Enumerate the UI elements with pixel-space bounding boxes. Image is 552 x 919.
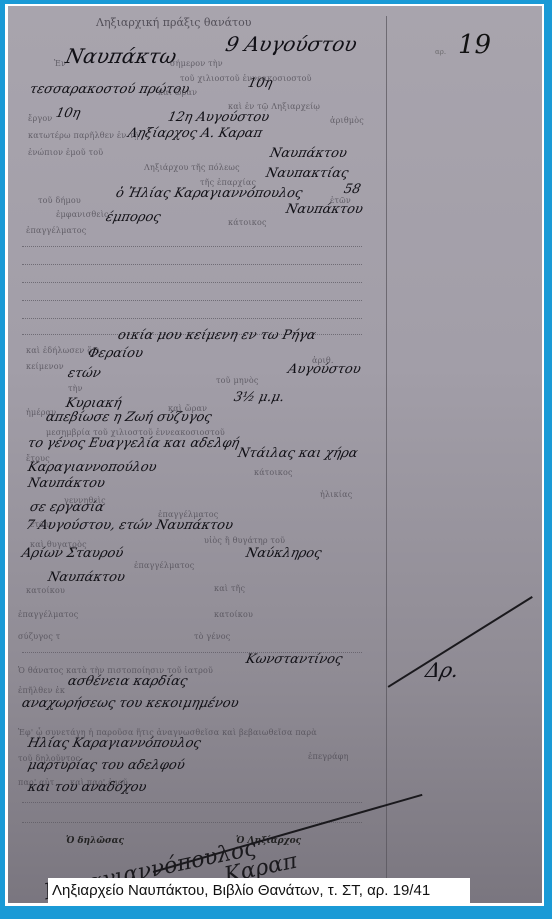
handwritten-parents-residence: Ναυπάκτου [46, 570, 126, 585]
handwritten-date: 9 Αυγούστου [223, 32, 359, 56]
handwritten-parents-occupation: Ναύκληρος [244, 546, 323, 561]
document-title: Ληξιαρχική πράξις θανάτου [96, 16, 251, 29]
printed-label: τοῦ δήμου [38, 196, 81, 205]
printed-label: ἔργον [28, 114, 52, 123]
handwritten-closing-2: μαρτυρίας του αδελφού [26, 758, 186, 773]
dotted-line [22, 246, 362, 247]
handwritten-closing-1: Ηλίας Καραγιαννόπουλος [26, 736, 202, 751]
handwritten-month: Αυγούστου [286, 362, 362, 377]
record-number: 19 [458, 30, 491, 60]
handwritten-day: Κυριακή [64, 396, 123, 411]
handwritten-age: 58 [342, 182, 362, 197]
archive-caption: Ληξιαρχείο Ναυπάκτου, Βιβλίο Θανάτων, τ.… [48, 878, 470, 904]
handwritten-doctor: Κωνσταντίνος [244, 652, 343, 667]
handwritten-deceased-1: απεβίωσε η Ζωή σύζυγος [44, 410, 213, 425]
dotted-line [22, 264, 362, 265]
handwritten-city: Ναυπάκτου [268, 146, 348, 161]
handwritten-deceased-2: το γένος Ευαγγελία και αδελφή [26, 436, 240, 451]
dotted-line [22, 318, 362, 319]
printed-label: κατωτέρω παρῆλθεν ἐν τῇ [28, 131, 139, 140]
printed-label: ἀριθμὸς [330, 116, 364, 125]
handwritten-parents-2: Αρίων Σταυρού [20, 546, 124, 561]
handwritten-hour: 10η [54, 106, 82, 121]
margin-stroke [388, 596, 533, 687]
record-number-label: αρ. [435, 48, 446, 56]
printed-label: κάτοικος [228, 218, 267, 227]
handwritten-residence: Ναυπάκτου [284, 202, 364, 217]
printed-label: καὶ ὥραν [158, 88, 197, 97]
handwritten-ordinal: 12η Αυγούστου [166, 110, 270, 125]
printed-label: σύζυγος τ [18, 632, 60, 641]
printed-label: υἱὸς ἢ θυγάτηρ τοῦ [204, 536, 285, 545]
dotted-line [22, 822, 362, 823]
printed-label: κείμενον [26, 362, 64, 371]
declarant-label: Ὁ δηλῶσας [66, 836, 124, 846]
handwritten-birth-place: Ναυπάκτου [26, 476, 106, 491]
printed-label: ἐμφανισθεὶς [56, 210, 109, 219]
handwritten-province: Ναυπακτίας [264, 166, 349, 181]
handwritten-registrar: Ληξίαρχος Α. Καραπ [126, 126, 263, 141]
handwritten-closing-3: και του αναδόχου [26, 780, 148, 795]
handwritten-cause-1: ασθένεια καρδίας [66, 674, 188, 689]
handwritten-deceased-3: Ντάιλας και χήρα [236, 446, 359, 461]
handwritten-place: Ναυπάκτω [63, 44, 178, 68]
handwritten-place-of-death-2: Φεραίου [86, 346, 144, 361]
printed-label: καὶ τῆς [214, 584, 245, 593]
printed-label: σήμερον τὴν [170, 59, 223, 68]
handwritten-day-name: ετών [66, 366, 102, 381]
printed-label: κατοίκου [214, 610, 253, 619]
printed-label: ἡλικίας [320, 490, 352, 499]
handwritten-deceased-4: Καραγιαννοπούλου [26, 460, 158, 475]
printed-label: Ληξιάρχου τῆς πόλεως [144, 163, 240, 172]
printed-label: ἐπαγγέλματος [18, 610, 78, 619]
handwritten-time: 3½ μ.μ. [232, 390, 285, 405]
handwritten-place-of-death: οικία μου κείμενη εν τω Ρήγα [116, 328, 317, 343]
handwritten-hour-word: 10η [246, 76, 274, 91]
printed-label: ἐπεγράφη [308, 752, 349, 761]
printed-label: ἐπαγγέλματος [26, 226, 86, 235]
printed-label: κάτοικος [254, 468, 293, 477]
handwritten-parents: 7 Αυγούστου, ετών Ναυπάκτου [24, 518, 234, 533]
dotted-line [22, 282, 362, 283]
handwritten-declarant: ὁ Ἠλίας Καραγιαννόπουλος [114, 186, 303, 201]
printed-label: ἐπῆλθεν ἐκ [18, 686, 65, 695]
dotted-line [22, 802, 362, 803]
handwritten-birth-note: σε εργασία [28, 500, 105, 515]
printed-label: τοῦ μηνὸς [216, 376, 259, 385]
printed-label: ἐνώπιον ἐμοῦ τοῦ [28, 148, 103, 157]
printed-label: τὸ γένος [194, 632, 230, 641]
handwritten-occupation: έμπορος [104, 210, 162, 225]
handwritten-cause-2: αναχωρήσεως του κεκοιμημένου [20, 696, 240, 711]
dotted-line [22, 300, 362, 301]
printed-label: τὴν [68, 384, 83, 393]
scanned-document: Ληξιαρχική πράξις θανάτου αρ. 19 Ἐν Ναυπ… [8, 6, 542, 903]
printed-label: τοῦ χιλιοστοῦ ἐννεακοσιοστοῦ [180, 74, 312, 83]
printed-label: κατοίκου [26, 586, 65, 595]
margin-line [386, 16, 387, 896]
printed-label: ἐπαγγέλματος [134, 561, 194, 570]
